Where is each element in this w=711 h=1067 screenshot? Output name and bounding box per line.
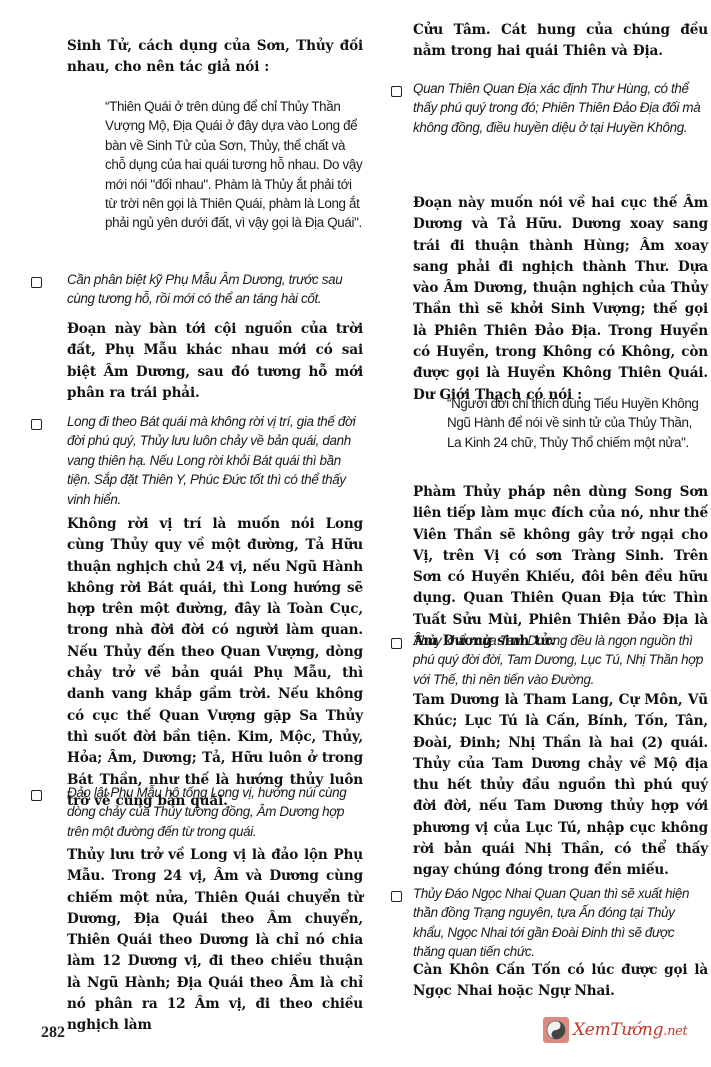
quotation: “Thiên Quái ở trên dùng để chỉ Thủy Thần… [105,97,363,233]
watermark-text: XemTướng.net [573,1020,687,1040]
paragraph: Phàm Thủy pháp nên dùng Song Sơn liên ti… [413,482,708,652]
italic-verse: Quan Thiên Quan Địa xác định Thư Hùng, c… [413,79,708,137]
watermark-link[interactable]: XemTướng.net [543,1015,687,1045]
paragraph: Đoạn này muốn nói về hai cục thế Âm Dươn… [413,193,708,406]
italic-verse: Đảo lật Phụ Mẫu hộ tống Long vị, hướng n… [67,783,363,841]
bullet-box-icon [391,638,402,649]
italic-verse: Thủy khẩu của Tam Dương đều là ngọn nguồ… [413,631,708,689]
bullet-box-icon [31,419,42,430]
bullet-box-icon [31,277,42,288]
page-number: 282 [41,1024,65,1042]
paragraph: Không rời vị trí là muốn nói Long cùng T… [67,514,363,812]
yin-yang-icon [543,1017,569,1043]
paragraph: Đoạn này bàn tới cội nguồn của trời đất,… [67,319,363,404]
italic-verse: Long đi theo Bát quái mà không rời vị tr… [67,412,363,509]
paragraph: Tam Dương là Tham Lang, Cự Môn, Vũ Khúc;… [413,690,708,882]
bullet-box-icon [31,790,42,801]
italic-verse: Thủy Đáo Ngọc Nhai Quan Quan thì sẽ xuất… [413,884,708,962]
paragraph: Thủy lưu trở về Long vị là đảo lộn Phụ M… [67,845,363,1037]
bullet-box-icon [391,891,402,902]
paragraph: Cửu Tâm. Cát hung của chúng đều nằm tron… [413,20,708,63]
italic-verse: Cần phân biệt kỹ Phụ Mẫu Âm Dương, trước… [67,270,363,309]
paragraph: Càn Khôn Cấn Tốn có lúc được gọi là Ngọc… [413,960,708,1003]
bullet-box-icon [391,86,402,97]
quotation: “Người đời chỉ thích dùng Tiểu Huyền Khô… [447,394,708,452]
paragraph: Sinh Tử, cách dụng của Sơn, Thủy đối nha… [67,36,363,79]
